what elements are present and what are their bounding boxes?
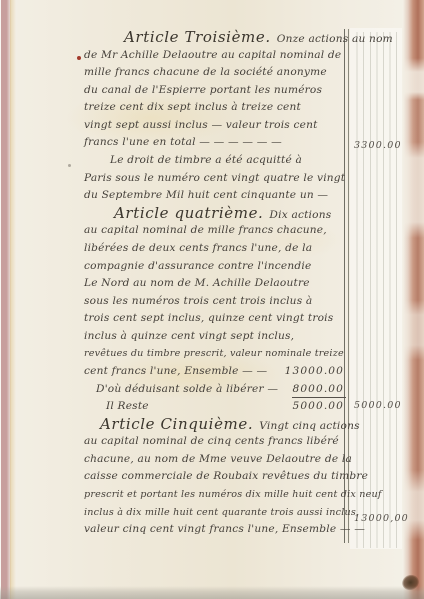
line-text: Dix actions [269,209,331,221]
page-bottom-shadow [0,586,424,599]
manuscript-line: compagnie d'assurance contre l'incendie [84,258,346,276]
manuscript-line: Paris sous le numéro cent vingt quatre l… [84,170,346,188]
manuscript-line: de Mr Achille Delaoutre au capital nomin… [84,47,346,65]
manuscript-line: Article Cinquième.Vingt cinq actions [84,416,346,434]
line-text: libérées de deux cents francs l'une, de … [84,242,312,254]
line-text: au capital nominal de mille francs chacu… [84,224,327,236]
manuscript-line: du Septembre Mil huit cent cinquante un … [84,187,346,205]
article-heading: Article quatrième. [114,204,263,222]
manuscript-line: caisse commerciale de Roubaix revêtues d… [84,468,346,486]
line-text: chacune, au nom de Mme veuve Delaoutre d… [84,453,352,465]
line-text: valeur cinq cent vingt francs l'une, Ens… [84,523,365,535]
manuscript-line: chacune, au nom de Mme veuve Delaoutre d… [84,451,346,469]
manuscript-line: revêtues du timbre prescrit, valeur nomi… [84,345,346,363]
manuscript-line: valeur cinq cent vingt francs l'une, Ens… [84,521,346,539]
inline-amount: 8000.00 [292,381,346,399]
line-text: vingt sept aussi inclus — valeur trois c… [84,119,318,131]
article-heading: Article Cinquième. [100,415,253,433]
binding-edge-texture [403,0,424,599]
line-text: treize cent dix sept inclus à treize cen… [84,101,301,113]
ledger-amount: 5000.00 [354,400,406,411]
line-text: de Mr Achille Delaoutre au capital nomin… [84,49,341,61]
line-text: Paris sous le numéro cent vingt quatre l… [84,172,345,184]
manuscript-line: au capital nominal de mille francs chacu… [84,222,346,240]
manuscript-line: inclus à quinze cent vingt sept inclus, [84,328,346,346]
line-text: inclus à dix mille huit cent quarante tr… [84,507,359,518]
line-text: Onze actions au nom [277,33,393,45]
line-text: Le Nord au nom de M. Achille Delaoutre [84,277,310,289]
line-text: Le droit de timbre a été acquitté à [110,154,302,166]
line-text: D'où déduisant solde à libérer — [96,381,278,399]
line-text: mille francs chacune de la société anony… [84,66,327,78]
manuscript-line: au capital nominal de cinq cents francs … [84,433,346,451]
manuscript-line: libérées de deux cents francs l'une, de … [84,240,346,258]
line-text: Vingt cinq actions [259,420,360,432]
manuscript-line: D'où déduisant solde à libérer —8000.00 [84,381,346,399]
manuscript-line: francs l'une en total — — — — — — [84,134,346,152]
manuscript-line: trois cent sept inclus, quinze cent ving… [84,310,346,328]
line-text: sous les numéros trois cent trois inclus… [84,295,312,307]
manuscript-line: treize cent dix sept inclus à treize cen… [84,99,346,117]
manuscript-page: Article Troisième.Onze actions au nom de… [0,0,424,599]
red-ink-mark [77,56,81,60]
manuscript-line: mille francs chacune de la société anony… [84,64,346,82]
inline-amount: 5000.00 [292,398,346,416]
manuscript-line: sous les numéros trois cent trois inclus… [84,293,346,311]
line-text: du Septembre Mil huit cent cinquante un … [84,189,328,201]
line-text: trois cent sept inclus, quinze cent ving… [84,312,333,324]
ledger-amount: 3300.00 [354,140,406,151]
manuscript-line: Le Nord au nom de M. Achille Delaoutre [84,275,346,293]
line-text: prescrit et portant les numéros dix mill… [84,489,382,500]
manuscript-line: prescrit et portant les numéros dix mill… [84,486,346,504]
line-text: cent francs l'une, Ensemble — — [84,363,267,381]
line-text: Il Reste [106,398,149,416]
article-heading: Article Troisième. [124,28,271,46]
manuscript-line: cent francs l'une, Ensemble — —13000.00 [84,363,346,381]
line-text: caisse commerciale de Roubaix revêtues d… [84,470,368,482]
manuscript-line: Il Reste5000.00 [84,398,346,416]
ledger-amount: 13000,00 [354,513,406,524]
left-page-crease [10,0,16,599]
manuscript-line: Article Troisième.Onze actions au nom [84,29,346,47]
manuscript-line: inclus à dix mille huit cent quarante tr… [84,504,346,522]
inline-amount: 13000.00 [285,363,346,381]
line-text: inclus à quinze cent vingt sept inclus, [84,330,294,342]
ink-speck [68,164,71,167]
line-text: au capital nominal de cinq cents francs … [84,435,339,447]
manuscript-line: vingt sept aussi inclus — valeur trois c… [84,117,346,135]
line-text: du canal de l'Espierre portant les numér… [84,84,322,96]
line-text: revêtues du timbre prescrit, valeur nomi… [84,348,344,359]
manuscript-line: du canal de l'Espierre portant les numér… [84,82,346,100]
manuscript-line: Article quatrième.Dix actions [84,205,346,223]
manuscript-text-block: Article Troisième.Onze actions au nom de… [84,29,346,539]
manuscript-line: Le droit de timbre a été acquitté à [84,152,346,170]
line-text: compagnie d'assurance contre l'incendie [84,260,311,272]
line-text: francs l'une en total — — — — — — [84,136,282,148]
